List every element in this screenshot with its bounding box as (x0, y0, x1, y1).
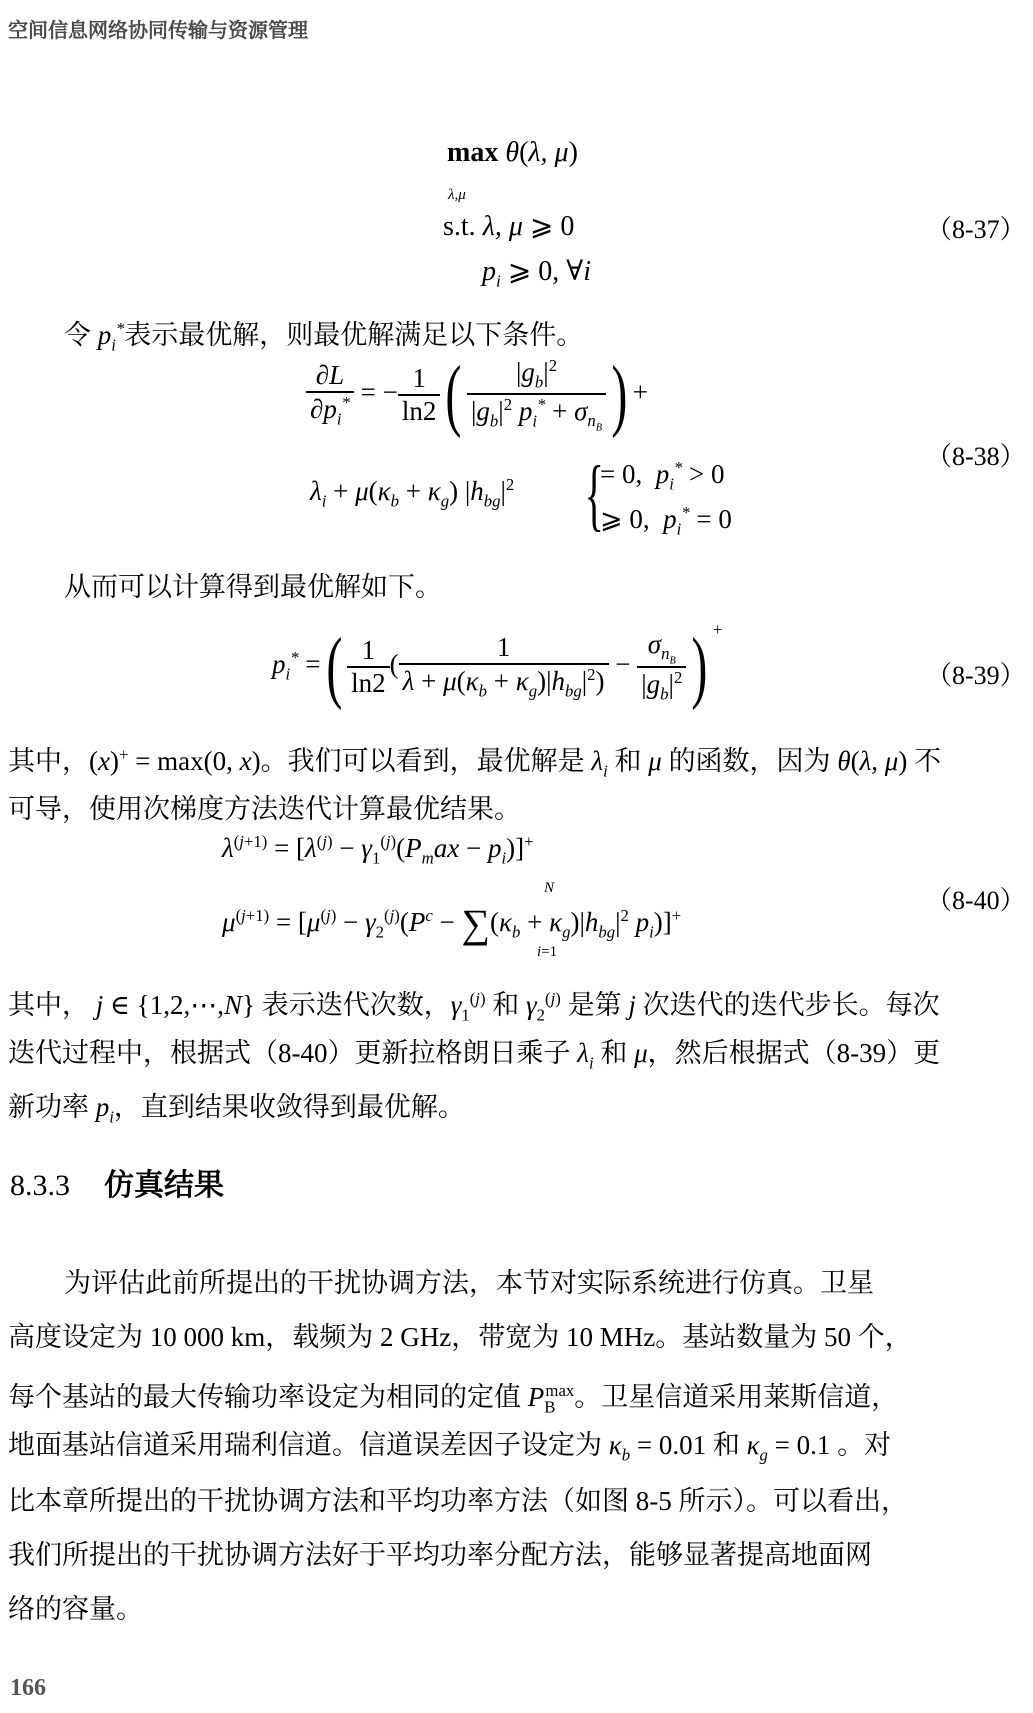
equation-8-40-line2: μ(j+1) = [μ(j) − γ2(j)(Pc − ∑(κb + κg)|h… (222, 900, 681, 947)
sim-paragraph-line6: 我们所提出的干扰协调方法好于平均功率分配方法，能够显著提高地面网 (8, 1528, 872, 1582)
paragraph-explanation-line2: 可导，使用次梯度方法迭代计算最优结果。 (8, 782, 521, 836)
equation-number: （8-39） (926, 655, 1026, 692)
paragraph-iteration-line3: 新功率 pi，直到结果收敛得到最优解。 (8, 1080, 465, 1144)
equation-8-37: max θ(λ, μ) λ,μ s.t. λ, μ ⩾ 0 pi ⩾ 0, ∀i… (0, 0, 1033, 1)
running-header-title: 空间信息网络协同传输与资源管理 (8, 14, 308, 43)
equation-number: （8-38） (926, 436, 1026, 473)
sum-upper-limit: N (544, 880, 554, 897)
equation-8-39: pi* =(1ln2(1λ + μ(κb + κg)|hbg|2) − σnB|… (272, 620, 722, 707)
eq-8-38-case1: = 0, pi* > 0 (600, 458, 725, 494)
eq-8-37-line3: pi ⩾ 0, ∀i (482, 245, 591, 309)
equation-number: （8-37） (926, 203, 1026, 257)
section-heading: 8.3.3仿真结果 (10, 1160, 224, 1204)
section-title: 仿真结果 (104, 1169, 224, 1202)
equation-8-40-line1: λ(j+1) = [λ(j) − γ1(j)(Pmax − pi)]+ (222, 832, 534, 868)
eq-8-37-line1: max θ(λ, μ) (447, 136, 578, 170)
section-number: 8.3.3 (10, 1169, 70, 1202)
sim-paragraph-line2: 高度设定为 10 000 km，载频为 2 GHz，带宽为 10 MHz。基站数… (8, 1310, 912, 1364)
sim-paragraph-line1: 为评估此前所提出的干扰协调方法，本节对实际系统进行仿真。卫星 (64, 1256, 874, 1310)
sim-paragraph-line5: 比本章所提出的干扰协调方法和平均功率方法（如图 8-5 所示）。可以看出， (8, 1474, 908, 1528)
equation-8-38-line2: λi + μ(κb + κg) |hbg|2 (310, 475, 514, 511)
sum-lower-limit: i=1 (537, 944, 557, 961)
equation-8-38-line1: ∂L∂pi* = −1ln2(|gb|2|gb|2 pi* + σnB)+ (306, 355, 648, 435)
sim-paragraph-line4: 地面基站信道采用瑞利信道。信道误差因子设定为 κb = 0.01 和 κg = … (8, 1418, 891, 1482)
paragraph-compute-solution: 从而可以计算得到最优解如下。 (64, 560, 442, 614)
equation-number: （8-40） (926, 880, 1026, 917)
page-number: 166 (10, 1675, 46, 1702)
sim-paragraph-line7: 络的容量。 (8, 1582, 143, 1636)
eq-8-38-case2: ⩾ 0, pi* = 0 (600, 503, 732, 539)
